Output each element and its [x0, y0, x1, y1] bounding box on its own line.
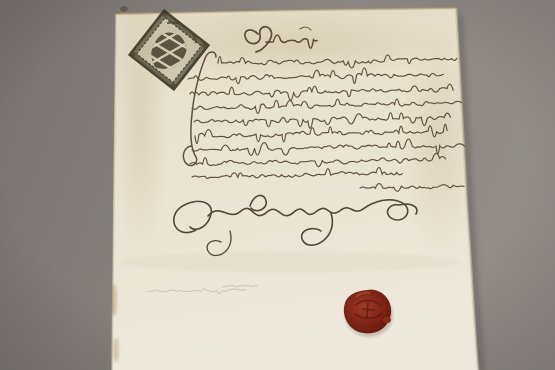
seal-drip [383, 317, 391, 323]
fold-shadow [120, 252, 460, 272]
document-photo [0, 0, 555, 370]
paper-toning [400, 20, 480, 260]
paper-edge-wear [113, 338, 119, 362]
paper-edge-wear [111, 284, 117, 316]
photo-frame [0, 0, 555, 370]
